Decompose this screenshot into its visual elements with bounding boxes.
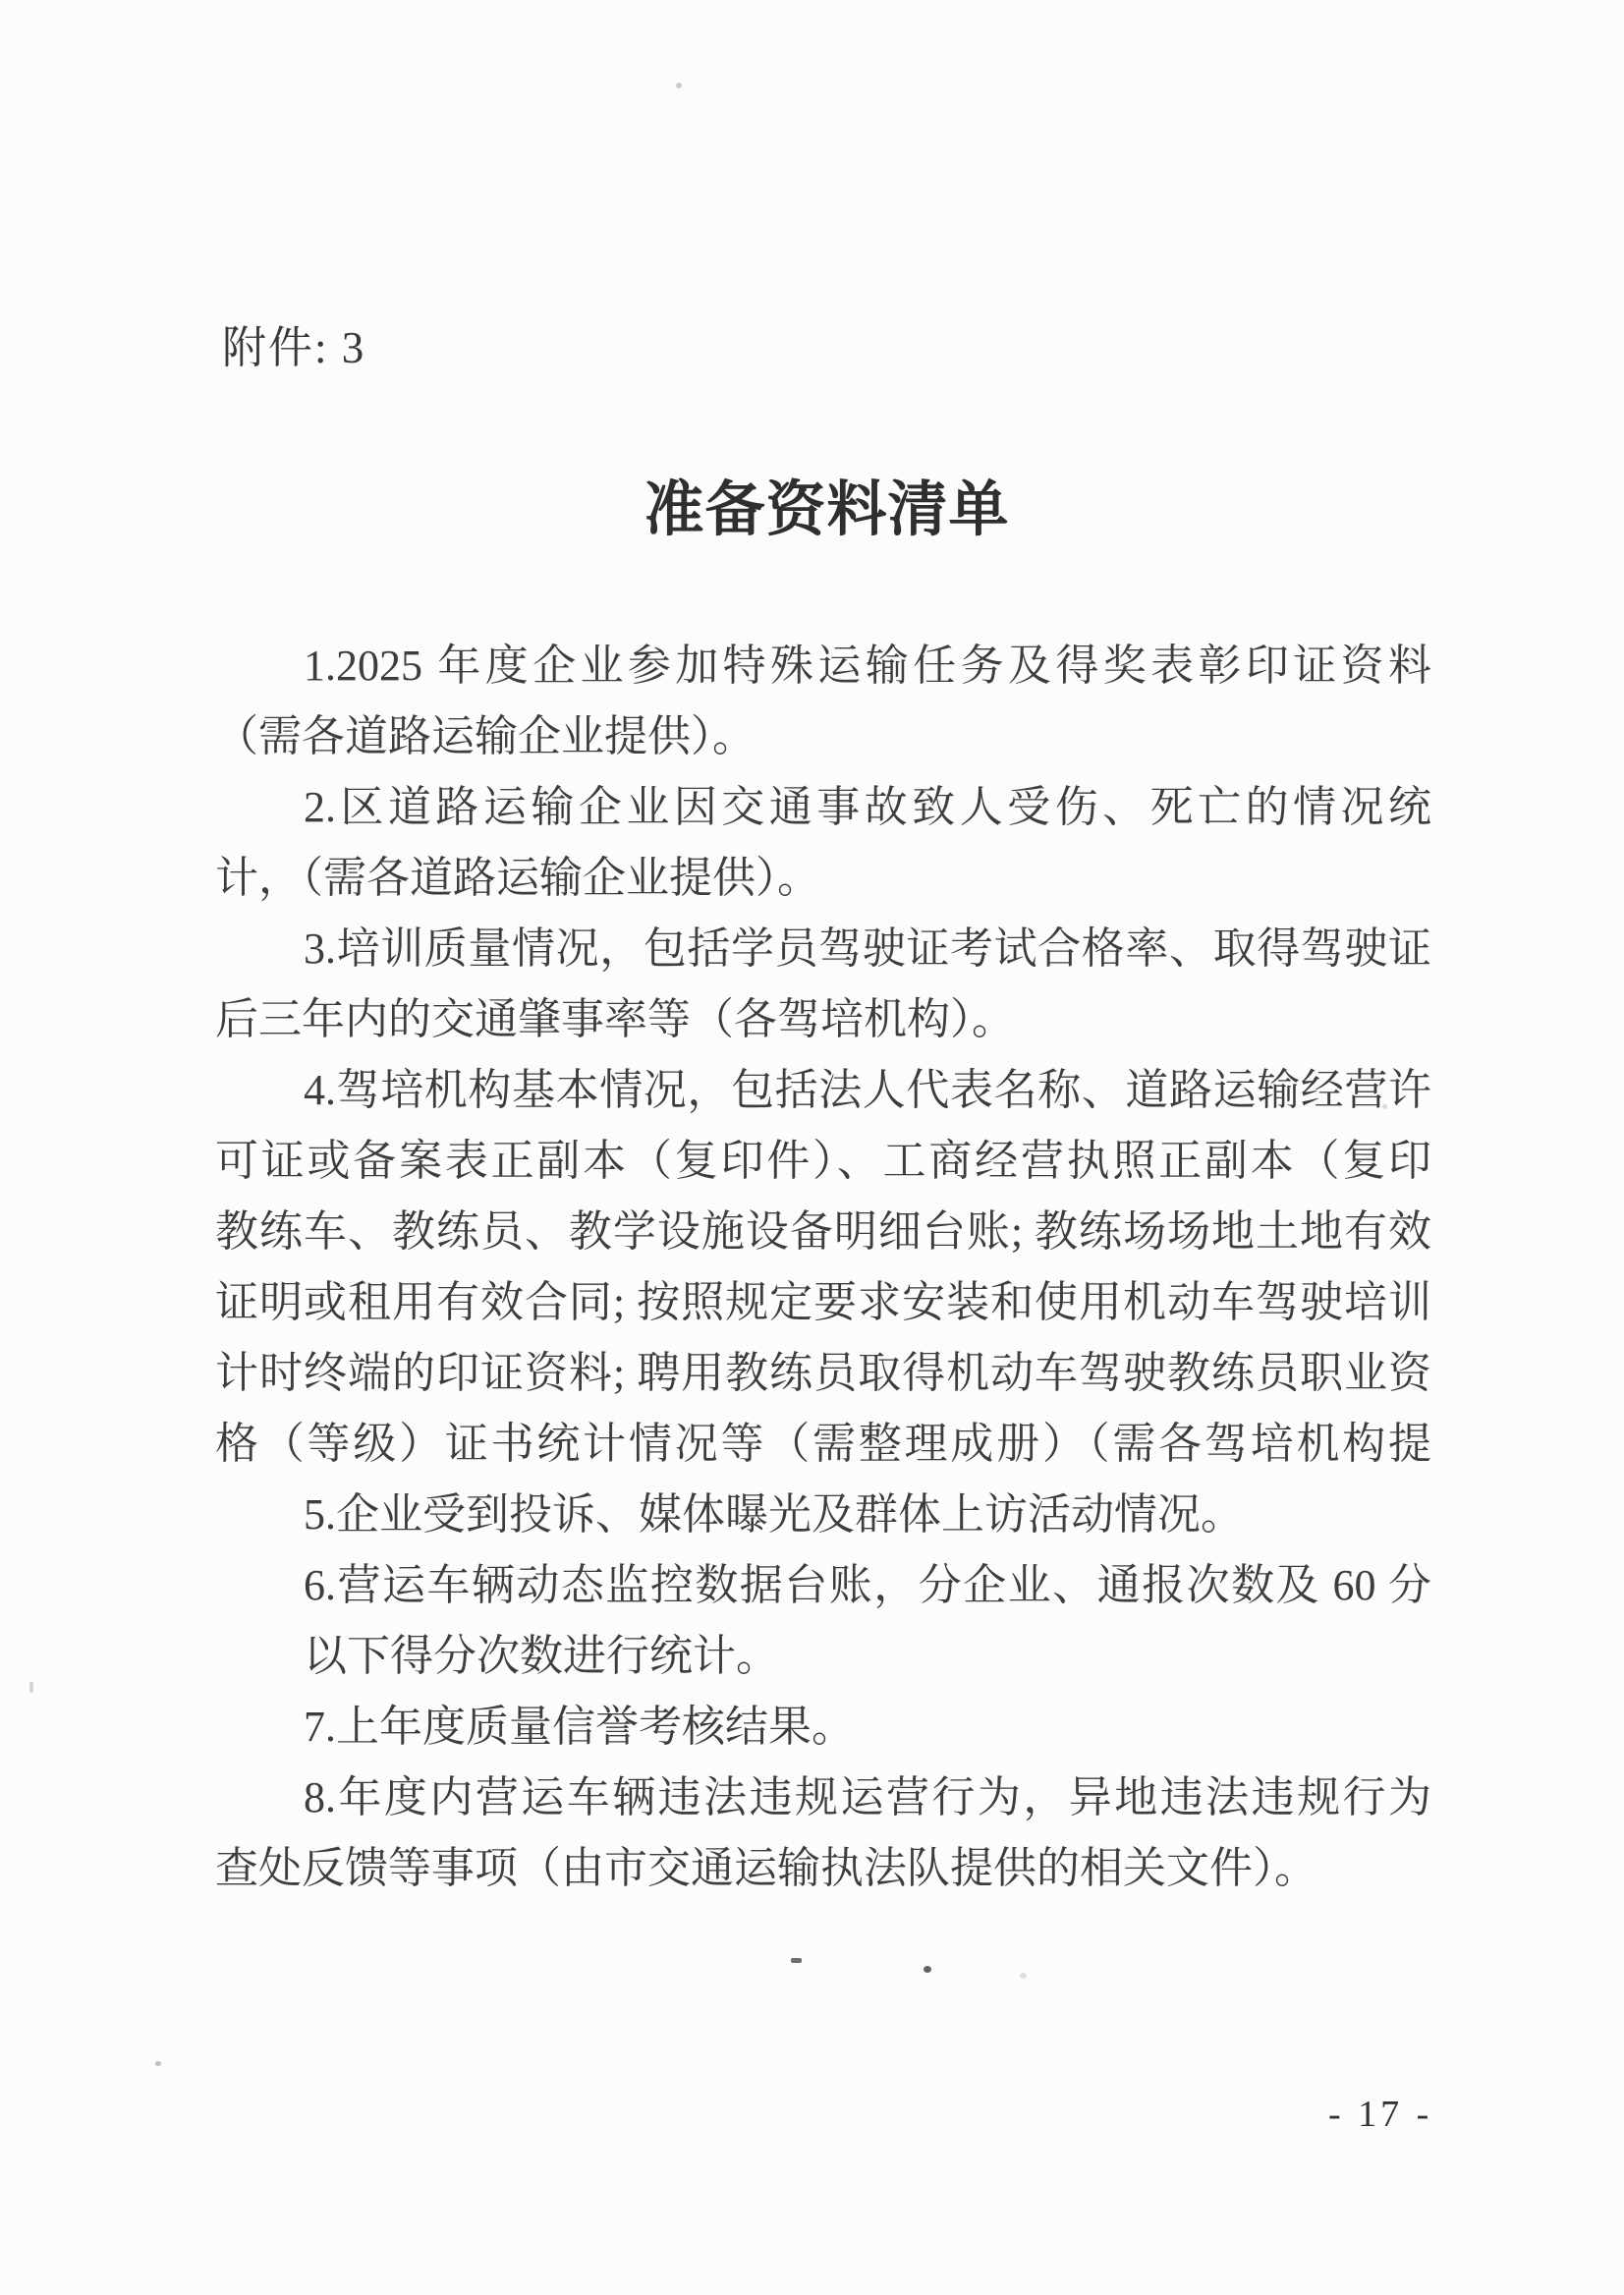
scan-speck [1382, 1104, 1387, 1109]
document-line: 8.年度内营运车辆违法违规运营行为，异地违法违规行为 [215, 1763, 1431, 1833]
document-line: 后三年内的交通肇事率等（各驾培机构）。 [215, 984, 1431, 1055]
document-line: 教练车、教练员、教学设施设备明细台账; 教练场场地土地有效 [215, 1197, 1431, 1267]
document-line: 7.上年度质量信誉考核结果。 [215, 1692, 1431, 1763]
document-line: 1.2025 年度企业参加特殊运输任务及得奖表彰印证资料 [215, 631, 1431, 701]
document-line: 6.营运车辆动态监控数据台账，分企业、通报次数及 60 分 [215, 1550, 1431, 1621]
document-line: 格（等级）证书统计情况等（需整理成册）（需各驾培机构提供）。 [215, 1409, 1431, 1480]
document-line: 计，（需各道路运输企业提供）。 [215, 843, 1431, 914]
page-number: - 17 - [1328, 2093, 1432, 2136]
document-body: 1.2025 年度企业参加特殊运输任务及得奖表彰印证资料 （需各道路运输企业提供… [215, 631, 1431, 1904]
scan-speck [791, 1958, 802, 1963]
document-line: 以下得分次数进行统计。 [215, 1621, 1431, 1692]
scan-speck [1020, 1973, 1027, 1979]
document-line: 计时终端的印证资料; 聘用教练员取得机动车驾驶教练员职业资 [215, 1338, 1431, 1409]
document-line: 4.驾培机构基本情况，包括法人代表名称、道路运输经营许 [215, 1055, 1431, 1126]
scan-speck [29, 1682, 33, 1693]
document-line: 查处反馈等事项（由市交通运输执法队提供的相关文件）。 [215, 1833, 1431, 1904]
scan-speck [676, 83, 682, 88]
page-title: 准备资料清单 [15, 462, 1624, 547]
document-line: 证明或租用有效合同; 按照规定要求安装和使用机动车驾驶培训 [215, 1267, 1431, 1338]
document-line: （需各道路运输企业提供）。 [215, 701, 1431, 772]
scan-speck [924, 1966, 931, 1973]
document-line: 2.区道路运输企业因交通事故致人受伤、死亡的情况统 [215, 772, 1431, 843]
document-line: 5.企业受到投诉、媒体曝光及群体上访活动情况。 [215, 1480, 1431, 1550]
document-line: 可证或备案表正副本（复印件）、工商经营执照正副本（复印件）; [215, 1126, 1431, 1197]
document-line: 3.培训质量情况，包括学员驾驶证考试合格率、取得驾驶证 [215, 914, 1431, 984]
scan-speck [155, 2061, 161, 2066]
attachment-label: 附件: 3 [222, 318, 365, 377]
scanned-document-page: 附件: 3 准备资料清单 1.2025 年度企业参加特殊运输任务及得奖表彰印证资… [0, 0, 1624, 2295]
